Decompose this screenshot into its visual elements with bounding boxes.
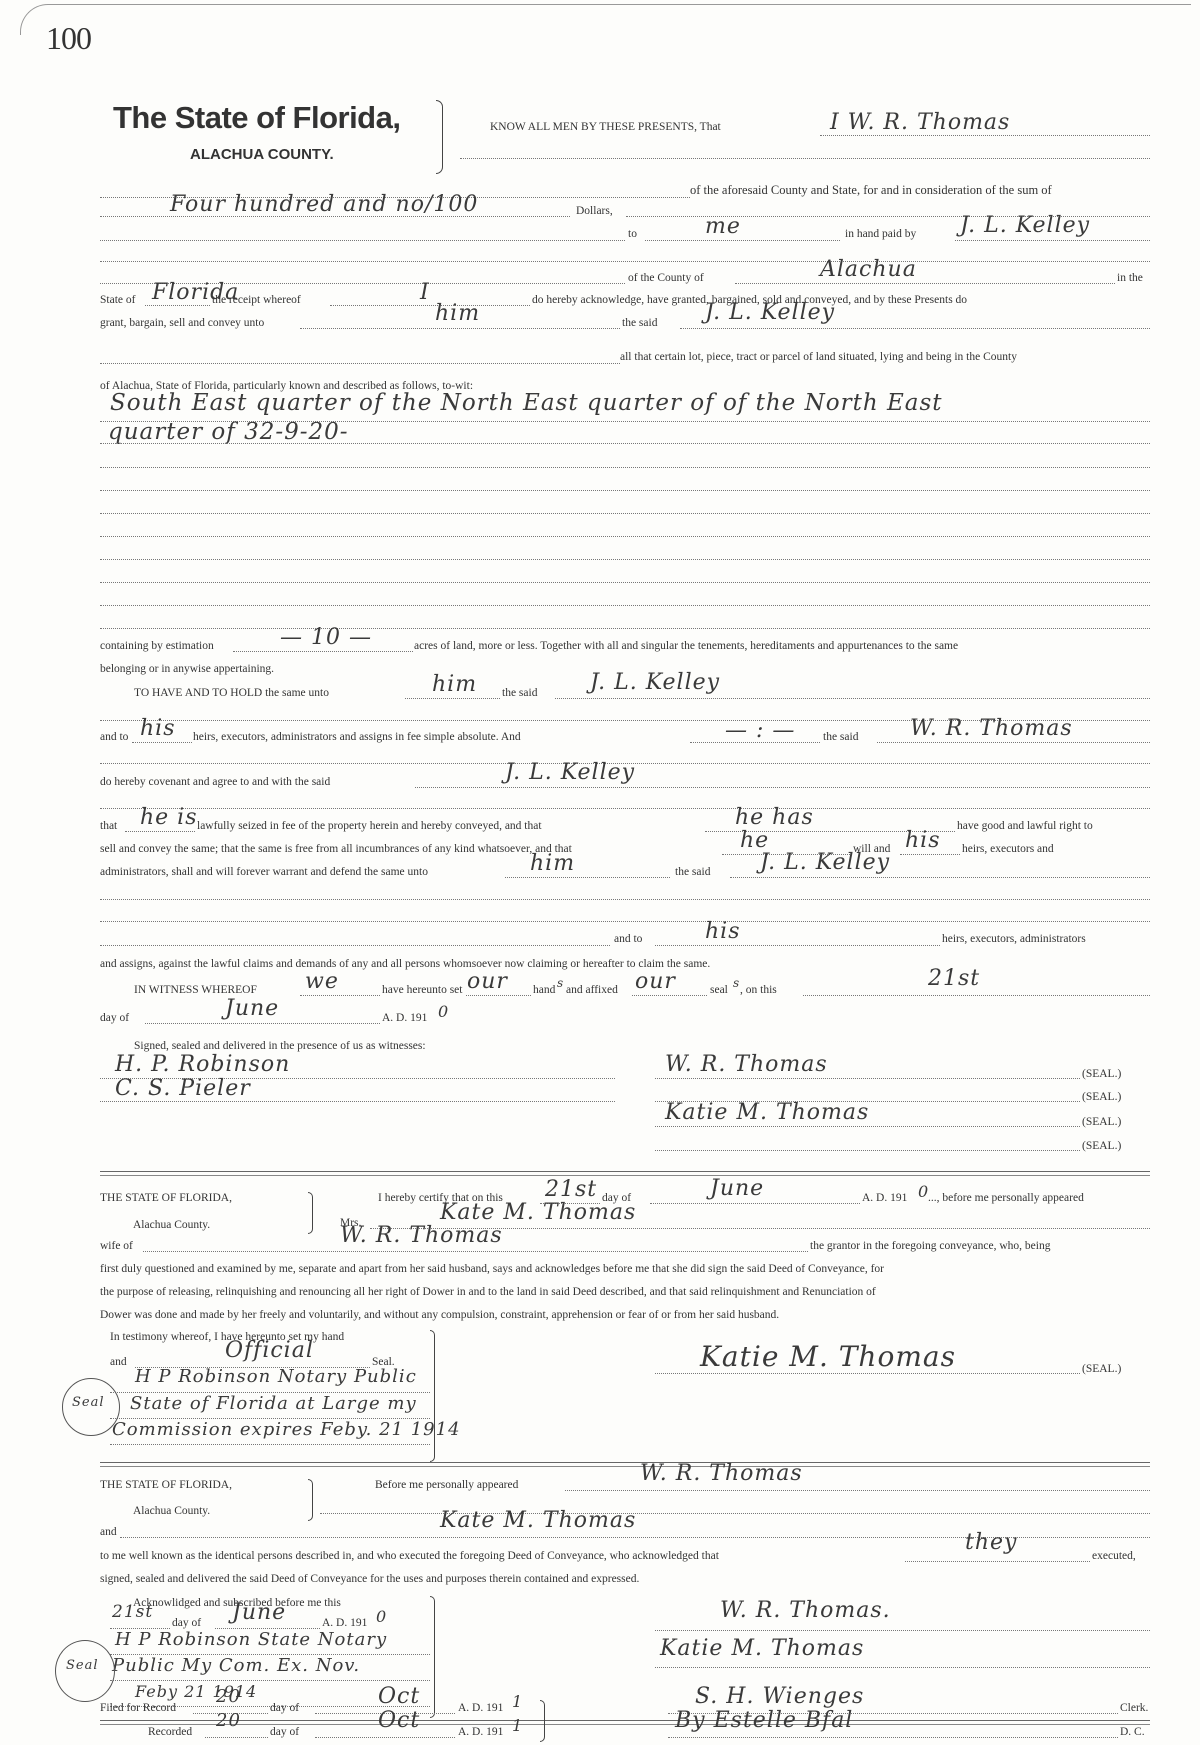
that-field: he is xyxy=(140,805,198,830)
day-field: 21st xyxy=(545,1177,597,1202)
affixed-label: and affixed xyxy=(566,984,618,996)
rule-line xyxy=(100,536,1150,537)
grantee-line xyxy=(555,698,1150,699)
rule-line xyxy=(100,808,1150,809)
heirs-line xyxy=(132,742,192,743)
stamp-text: Seal xyxy=(66,1658,99,1673)
paid-by-field: J. L. Kelley xyxy=(960,213,1090,238)
and-label: and xyxy=(110,1356,127,1368)
notary-line-2: State of Florida at Large my xyxy=(130,1393,417,1414)
witness-signature-1: H. P. Robinson xyxy=(115,1052,290,1077)
ack-notary-line-2: Public My Com. Ex. Nov. xyxy=(112,1655,360,1676)
month-field: June xyxy=(225,996,279,1021)
signature-line xyxy=(655,1078,1080,1079)
grantee-field: J. L. Kelley xyxy=(590,670,720,695)
state-line xyxy=(145,305,210,306)
grantor-text: the grantor in the foregoing conveyance,… xyxy=(810,1240,1050,1252)
land-description-1: South East quarter of the North East qua… xyxy=(110,390,943,416)
filed-month-field: Oct xyxy=(378,1684,420,1709)
seal-mark: (SEAL.) xyxy=(1082,1116,1121,1128)
belonging-text: belonging or in anywise appertaining. xyxy=(100,663,274,675)
month-field: June xyxy=(710,1176,764,1201)
seal-label: seal xyxy=(710,984,728,996)
deed-page: 100 The State of Florida, ALACHUA COUNTY… xyxy=(0,0,1200,1745)
state-of-label: State of xyxy=(100,294,135,306)
rule-line xyxy=(100,443,1150,444)
dollars-label: Dollars, xyxy=(576,205,613,217)
heirs-text: heirs, executors, administrators and ass… xyxy=(193,731,521,743)
hold-line xyxy=(405,698,500,699)
lot-text: all that certain lot, piece, tract or pa… xyxy=(620,351,1017,363)
ack-notary-brace xyxy=(430,1596,435,1718)
filing-brace xyxy=(540,1700,545,1742)
admin-text: administrators, shall and will forever w… xyxy=(100,866,428,878)
mrs-field: Kate M. Thomas xyxy=(440,1200,636,1225)
grantor-line xyxy=(877,742,1150,743)
unto-field: him xyxy=(530,851,575,876)
seal-mark: (SEAL.) xyxy=(1082,1140,1121,1152)
heirs-field: his xyxy=(140,716,176,741)
whereof-field: we xyxy=(305,969,339,994)
known-text: to me well known as the identical person… xyxy=(100,1550,719,1562)
grantor-line xyxy=(820,135,1150,136)
clerk-signature: S. H. Wienges xyxy=(695,1684,864,1709)
page-edge xyxy=(20,4,1191,35)
person1-line xyxy=(565,1490,1150,1491)
appeared-text: ..., before me personally appeared xyxy=(928,1192,1084,1204)
right-text: have good and lawful right to xyxy=(957,820,1093,832)
deputy-line xyxy=(668,1737,1118,1738)
header-brace xyxy=(436,100,443,174)
heirs-exec-text: heirs, executors and xyxy=(962,843,1054,855)
dower-paragraph-1: first duly questioned and examined by me… xyxy=(100,1263,884,1275)
they-line xyxy=(905,1561,1090,1562)
ack-brace xyxy=(308,1479,313,1521)
affixed-line xyxy=(632,995,707,996)
to-field: me xyxy=(705,214,741,239)
rule-line xyxy=(100,921,1150,922)
month-line xyxy=(145,1023,380,1024)
wife-of-label: wife of xyxy=(100,1240,133,1252)
signature-line xyxy=(655,1126,1080,1127)
heirs-admin-text: heirs, executors, administrators xyxy=(942,933,1086,945)
estimation-label: containing by estimation xyxy=(100,640,214,652)
official-field: Official xyxy=(225,1338,314,1363)
ack-signature-1: W. R. Thomas. xyxy=(720,1598,891,1623)
and-to-line xyxy=(655,945,940,946)
his-field: his xyxy=(905,828,941,853)
ack-signature-2: Katie M. Thomas xyxy=(660,1636,864,1661)
grantee-line xyxy=(730,877,1150,878)
person2-field: Kate M. Thomas xyxy=(440,1508,636,1533)
seal-mark: (SEAL.) xyxy=(1082,1091,1121,1103)
grantor-signature: W. R. Thomas xyxy=(665,1052,828,1077)
seized-text: lawfully seized in fee of the property h… xyxy=(197,820,542,832)
grant-field: him xyxy=(435,301,480,326)
county-field: Alachua xyxy=(820,257,917,282)
section-divider xyxy=(100,1720,1150,1725)
ad-label: A. D. 191 xyxy=(862,1192,907,1204)
receipt-line xyxy=(330,305,530,306)
signature-line xyxy=(655,1150,1080,1151)
grant-line xyxy=(300,328,620,329)
consideration-text: of the aforesaid County and State, for a… xyxy=(690,183,1052,198)
husband-field: W. R. Thomas xyxy=(340,1223,503,1248)
notary-brace xyxy=(430,1330,435,1462)
day-of-label: day of xyxy=(270,1726,299,1738)
rule-line xyxy=(100,945,610,946)
ack-state-label: THE STATE OF FLORIDA, xyxy=(100,1479,232,1491)
day-of-label: day of xyxy=(270,1702,299,1714)
rule-line xyxy=(100,261,1150,262)
rule-line xyxy=(100,363,620,364)
right-field: he has xyxy=(735,805,814,830)
land-description-2: quarter of 32-9-20- xyxy=(108,419,349,445)
dower-county-label: Alachua County. xyxy=(133,1219,210,1231)
paid-by-line xyxy=(955,240,1150,241)
acres-text: acres of land, more or less. Together wi… xyxy=(414,640,958,652)
rule-line xyxy=(460,158,1150,159)
clerk-label: Clerk. xyxy=(1120,1702,1148,1714)
document-title: The State of Florida, xyxy=(113,100,400,136)
signature-line xyxy=(655,1630,1150,1631)
hand-suffix: s xyxy=(557,976,564,990)
paid-by-label: in hand paid by xyxy=(845,228,916,240)
ack-month-field: June xyxy=(232,1600,286,1625)
rule-line xyxy=(100,899,1150,900)
deputy-signature: By Estelle Bfal xyxy=(675,1708,853,1733)
whereof-line xyxy=(300,995,380,996)
affixed-field: our xyxy=(635,969,676,994)
notary-line-3: Commission expires Feby. 21 1914 xyxy=(112,1419,461,1440)
rule-line xyxy=(100,513,1150,514)
wife-signature: Katie M. Thomas xyxy=(665,1100,869,1125)
set-label: have hereunto set xyxy=(382,984,462,996)
on-this-label: , on this xyxy=(740,984,777,996)
rule-line xyxy=(100,582,1150,583)
deputy-label: D. C. xyxy=(1120,1726,1145,1738)
the-said-label: the said xyxy=(675,866,710,878)
unto-line xyxy=(505,877,670,878)
signature-line xyxy=(655,1667,1150,1668)
recorded-label: Recorded xyxy=(148,1726,192,1738)
notary-line xyxy=(110,1444,430,1445)
covenant-line xyxy=(415,787,1150,788)
whereof-label: IN WITNESS WHEREOF xyxy=(134,984,257,996)
that-line xyxy=(125,831,195,832)
grant-label: grant, bargain, sell and convey unto xyxy=(100,317,264,329)
rule-line xyxy=(100,628,1150,629)
county-heading: ALACHUA COUNTY. xyxy=(190,146,334,163)
day-line xyxy=(803,995,1150,996)
receipt-field: I xyxy=(420,280,430,305)
recorded-month-line xyxy=(315,1737,455,1738)
ad-label: A. D. 191 xyxy=(322,1617,367,1629)
recorded-day-line xyxy=(205,1737,268,1738)
day-of-label: day of xyxy=(100,1012,129,1024)
executed-label: executed, xyxy=(1092,1550,1136,1562)
filed-day-field: 20 xyxy=(216,1686,241,1707)
day-of-label: day of xyxy=(172,1617,201,1629)
stamp-text: Seal xyxy=(72,1395,105,1410)
grantor-field: W. R. Thomas xyxy=(910,716,1073,741)
that-label: that xyxy=(100,820,117,832)
covenant-field: J. L. Kelley xyxy=(505,760,635,785)
dower-state-label: THE STATE OF FLORIDA, xyxy=(100,1192,232,1204)
to-line xyxy=(645,240,840,241)
day-field: 21st xyxy=(928,966,980,991)
ack-day-field: 21st xyxy=(112,1602,153,1622)
section-divider xyxy=(100,1462,1150,1467)
the-said-label: the said xyxy=(502,687,537,699)
hold-label: TO HAVE AND TO HOLD the same unto xyxy=(134,687,329,699)
grantee-field: J. L. Kelley xyxy=(760,850,890,875)
sell-text: sell and convey the same; that the same … xyxy=(100,843,572,855)
ack-year-field: 0 xyxy=(376,1607,387,1626)
grantee-field: J. L. Kelley xyxy=(705,300,835,325)
ack-county-label: Alachua County. xyxy=(133,1505,210,1517)
witness-signature-2: C. S. Pieler xyxy=(115,1076,251,1101)
witness-line xyxy=(100,1101,615,1102)
recorded-year-field: 1 xyxy=(512,1716,523,1735)
notary-line xyxy=(110,1680,430,1681)
set-field: our xyxy=(467,969,508,994)
notary-line-1: H P Robinson Notary Public xyxy=(135,1366,417,1387)
rule-line xyxy=(100,240,625,241)
and-to-label: and to xyxy=(100,731,128,743)
dower-paragraph-2: the purpose of releasing, relinquishing … xyxy=(100,1286,876,1298)
signed-text: Signed, sealed and delivered in the pres… xyxy=(134,1040,426,1052)
seal-mark: (SEAL.) xyxy=(1082,1068,1121,1080)
before-label: Before me personally appeared xyxy=(375,1479,518,1491)
in-the-label: in the xyxy=(1117,272,1143,284)
filed-year-field: 1 xyxy=(512,1692,523,1711)
filed-label: Filed for Record xyxy=(100,1702,176,1714)
signature-line xyxy=(655,1373,1080,1374)
ad-label: A. D. 191 xyxy=(458,1702,503,1714)
person1-field: W. R. Thomas xyxy=(640,1461,803,1486)
section-divider xyxy=(100,1171,1150,1176)
dower-brace xyxy=(308,1192,313,1234)
ad-label: A. D. 191 xyxy=(382,1012,427,1024)
recorded-month-field: Oct xyxy=(378,1708,420,1733)
page-number: 100 xyxy=(46,20,91,57)
rule-line xyxy=(100,490,1150,491)
hold-field: him xyxy=(432,672,477,697)
set-line xyxy=(466,995,531,996)
ad-label: A. D. 191 xyxy=(458,1726,503,1738)
month-line xyxy=(650,1203,860,1204)
seal-mark: (SEAL.) xyxy=(1082,1363,1121,1375)
rule-line xyxy=(100,559,1150,560)
recorded-day-field: 20 xyxy=(216,1710,241,1731)
covenant-label: do hereby covenant and agree to and with… xyxy=(100,776,330,788)
acres-line xyxy=(233,651,413,652)
ack-signed-text: signed, sealed and delivered the said De… xyxy=(100,1573,639,1585)
year-field: 0 xyxy=(438,1002,449,1021)
to-label: to xyxy=(628,228,637,240)
dower-signature: Katie M. Thomas xyxy=(700,1340,956,1373)
and-field: — : — xyxy=(725,718,795,743)
grantee-line xyxy=(680,328,1150,329)
amount-field: Four hundred and no/100 xyxy=(170,192,478,217)
his-line xyxy=(900,854,960,855)
dower-paragraph-3: Dower was done and made by her freely an… xyxy=(100,1309,779,1321)
receipt-label: the receipt whereof xyxy=(212,294,301,306)
county-line xyxy=(735,283,1115,284)
ack-notary-line-1: H P Robinson State Notary xyxy=(115,1629,387,1650)
they-field: they xyxy=(965,1530,1017,1555)
husband-line xyxy=(143,1251,808,1252)
acres-field: — 10 — xyxy=(280,625,372,650)
rule-line xyxy=(100,467,1150,468)
county-of-label: of the County of xyxy=(628,272,704,284)
assigns-text: and assigns, against the lawful claims a… xyxy=(100,958,710,970)
and-to-label: and to xyxy=(614,933,642,945)
preamble-text: KNOW ALL MEN BY THESE PRESENTS, That xyxy=(490,121,721,133)
and-to-field: his xyxy=(705,919,741,944)
rule-line xyxy=(100,605,1150,606)
the-said-label: the said xyxy=(622,317,657,329)
the-said-label: the said xyxy=(823,731,858,743)
hand-label: hand xyxy=(533,984,555,996)
and-label: and xyxy=(100,1526,117,1538)
grantor-field: I W. R. Thomas xyxy=(830,110,1010,135)
